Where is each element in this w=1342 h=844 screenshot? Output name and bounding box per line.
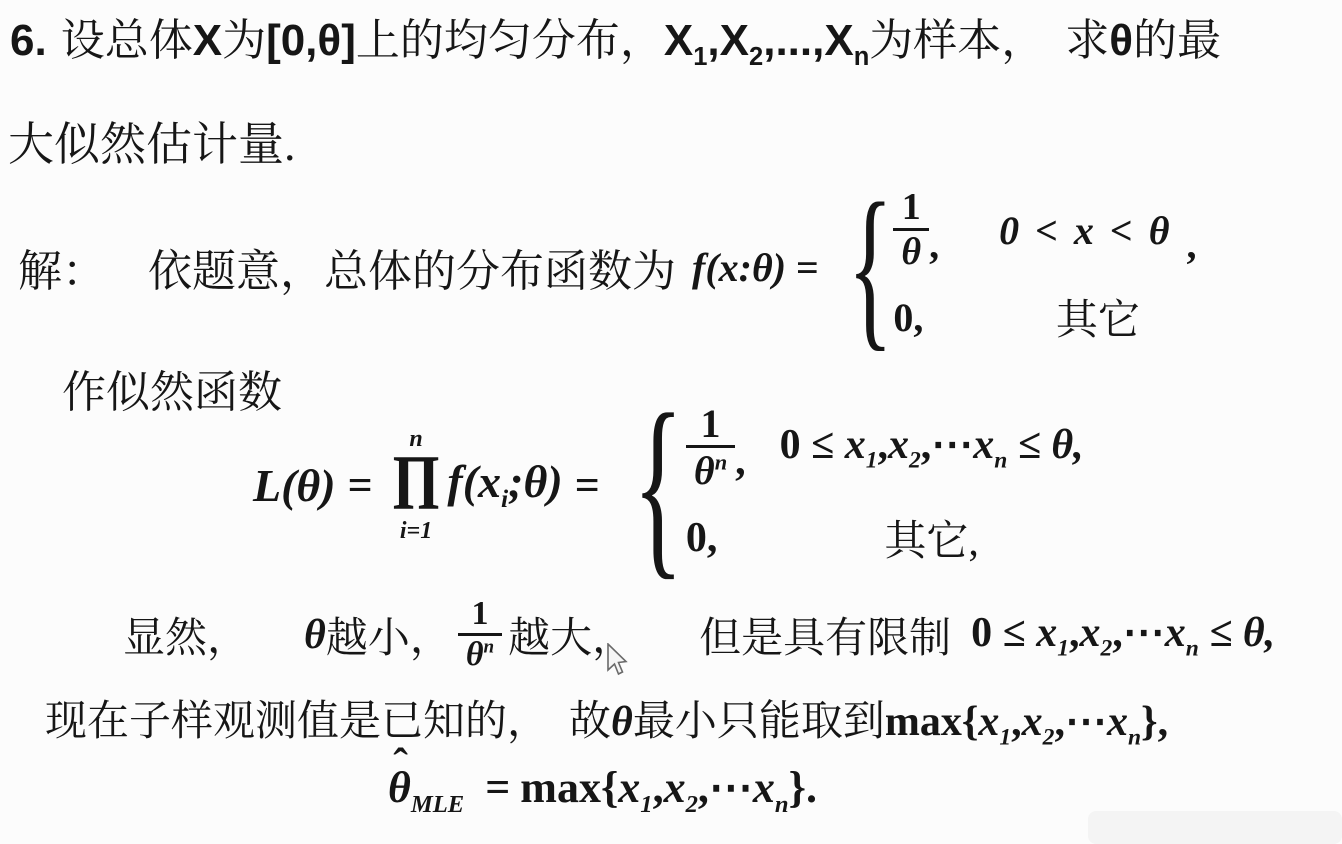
text-run: 上的均匀分布， — [356, 16, 664, 65]
subscript: 1 — [1057, 636, 1069, 662]
equals-sign: = — [348, 460, 373, 511]
subscript: 2 — [1043, 724, 1055, 750]
piecewise: { 1 θn , 0 ≤ x1,x2,⋯xn ≤ θ, 0, 其它, — [612, 389, 1084, 581]
piecewise-brace: { — [633, 384, 684, 586]
sample-X1: X — [664, 16, 693, 65]
max-close: }, — [1141, 699, 1168, 745]
mouse-cursor — [607, 643, 633, 677]
comma: , — [877, 422, 888, 468]
comma: , — [735, 437, 746, 485]
case1-value: 1 θ , — [893, 187, 939, 273]
L-theta: L(θ) — [253, 459, 336, 512]
solution-label: 解： — [18, 235, 106, 299]
theta-symbol: θ — [1109, 16, 1133, 65]
math-x: x — [1165, 610, 1186, 656]
text-run: 最小只能取到 — [633, 699, 885, 745]
exponent-n: n — [715, 450, 727, 475]
math-x: x — [845, 422, 866, 468]
text-run: 越小， — [326, 605, 452, 665]
subscript: 1 — [640, 791, 652, 818]
fraction-1-over-theta-n: 1 θn — [458, 596, 502, 673]
case1-condition: 0 < x < θ , — [999, 207, 1196, 254]
ellipsis: ,..., — [763, 16, 824, 65]
text-run: 现在子样观测值是已知的， — [45, 699, 549, 745]
subscript: 1 — [693, 43, 707, 71]
piecewise-brace: { — [847, 177, 892, 358]
text-run: 故 — [569, 699, 611, 745]
theta: θ — [466, 636, 484, 673]
max-open: max{ — [885, 699, 979, 745]
observation-line: 显然， θ 越小， 1 θn 越大， 但是具有限制 0 ≤ x1,x2,⋯xn … — [123, 585, 1275, 685]
subscript: n — [854, 43, 870, 71]
subscript: 2 — [1100, 636, 1112, 662]
math-x: x — [753, 763, 775, 812]
random-variable-X: X — [193, 16, 222, 65]
math-x: x — [1079, 610, 1100, 656]
text-run: 为 — [222, 16, 266, 65]
case2-value: 0, — [686, 514, 746, 562]
text-run: 求 — [1065, 16, 1109, 65]
denominator: θ — [893, 228, 929, 273]
subscript: n — [1186, 636, 1199, 662]
condition-prefix: 0 ≤ — [971, 610, 1036, 656]
math-x: x — [973, 422, 994, 468]
fraction-1-over-theta: 1 θ — [893, 187, 929, 273]
cdots: ,⋯ — [1054, 699, 1107, 745]
f-close: ;θ) — [508, 456, 563, 507]
text-run: 为样本， — [869, 16, 1045, 65]
comma: , — [707, 16, 719, 65]
product-symbol: n Π i=1 — [393, 427, 440, 543]
mle-result-formula: ˆθMLE =max{x1,x2,⋯xn}. — [388, 762, 817, 819]
pdf-lhs: f(x:θ) — [692, 244, 786, 291]
condition-suffix: ≤ θ, — [1007, 422, 1083, 468]
solution-line-pdf: 解： 依题意，总体的分布函数为 f(x:θ) = { 1 θ , 0 < x <… — [18, 186, 1197, 348]
cdots: ,⋯ — [1112, 610, 1165, 656]
case2-condition: 其它, — [884, 508, 979, 568]
constraint-math: 0 ≤ x1,x2,⋯xn ≤ θ, — [971, 607, 1275, 662]
subscript: 2 — [909, 448, 921, 474]
theta-symbol: θ — [304, 611, 326, 659]
subscript: 1 — [866, 448, 878, 474]
comma: , — [1187, 221, 1197, 268]
subscript-MLE: MLE — [411, 791, 464, 818]
comma: , — [929, 221, 939, 268]
denominator: θn — [686, 445, 735, 492]
equals-sign: = — [796, 244, 819, 291]
equals-sign: = — [575, 460, 600, 511]
comma: , — [1011, 699, 1022, 745]
likelihood-formula: L(θ) = n Π i=1 f(xi;θ) = { 1 θn , 0 ≤ x1… — [253, 394, 1084, 576]
math-x: x — [1036, 610, 1057, 656]
piecewise-cases: 1 θn , 0 ≤ x1,x2,⋯xn ≤ θ, 0, 其它, — [686, 402, 1084, 568]
interval-0-theta: [0,θ] — [266, 16, 356, 65]
subscript: n — [1128, 724, 1141, 750]
text-run: 显然， — [123, 605, 249, 665]
watermark-box — [1088, 811, 1342, 844]
math-x: x — [618, 763, 640, 812]
cdots: ,⋯ — [921, 422, 974, 468]
problem-line-1: 6.设总体X为[0,θ]上的均匀分布，X1,X2,...,Xn为样本，求θ的最 — [10, 4, 1221, 72]
math-x: x — [888, 422, 909, 468]
subscript: 2 — [749, 43, 763, 71]
text-run: 的最 — [1133, 16, 1221, 65]
text-run: 设总体 — [61, 16, 193, 65]
condition-suffix: ≤ θ, — [1199, 610, 1275, 656]
product-pi: Π — [393, 441, 440, 529]
subscript: 2 — [686, 791, 698, 818]
subscript: n — [775, 791, 789, 818]
equals-sign: = — [485, 763, 510, 812]
case1-value: 1 θn , — [686, 402, 746, 492]
case1-condition: 0 ≤ x1,x2,⋯xn ≤ θ, — [780, 419, 1084, 474]
sample-X2: X — [720, 16, 749, 65]
likelihood-label: 作似然函数 — [62, 356, 282, 420]
condition-text: 0 < x < θ — [999, 207, 1172, 254]
max-close: }. — [789, 763, 817, 812]
numerator: 1 — [693, 402, 729, 445]
text-run: 依题意，总体的分布函数为 — [148, 235, 676, 299]
comma: , — [1069, 610, 1080, 656]
fraction-1-over-theta-n: 1 θn — [686, 402, 735, 492]
hat-accent: ˆ — [393, 739, 408, 790]
comma: , — [653, 763, 664, 812]
case2-value: 0, — [893, 294, 939, 341]
theta-hat: ˆθ — [388, 762, 411, 813]
math-x: x — [1022, 699, 1043, 745]
cdots: ,⋯ — [698, 763, 753, 812]
math-x: x — [978, 699, 999, 745]
f-xi-theta: f(xi;θ) — [447, 455, 562, 514]
numerator: 1 — [894, 187, 929, 228]
math-x: x — [1107, 699, 1128, 745]
denominator: θn — [458, 633, 502, 674]
numerator: 1 — [463, 596, 496, 633]
piecewise-cases: 1 θ , 0 < x < θ , 0, 其它 — [893, 187, 1196, 347]
theta: θ — [694, 448, 715, 493]
exponent-n: n — [484, 637, 495, 658]
subscript: 1 — [999, 724, 1011, 750]
theta-symbol: θ — [611, 699, 633, 745]
f-open: f(x — [447, 456, 501, 507]
max-open: max{ — [520, 763, 618, 812]
subscript: n — [994, 448, 1007, 474]
conclusion-line: 现在子样观测值是已知的，故θ最小只能取到max{x1,x2,⋯xn}, — [45, 688, 1168, 751]
pdf-formula: f(x:θ) = { 1 θ , 0 < x < θ , 0, 其它 — [692, 181, 1197, 353]
text-run: 但是具有限制 — [699, 605, 951, 665]
piecewise: { 1 θ , 0 < x < θ , 0, 其它 — [829, 181, 1197, 353]
math-x: x — [664, 763, 686, 812]
condition-prefix: 0 ≤ — [780, 422, 845, 468]
problem-line-2: 大似然估计量. — [8, 108, 296, 174]
case2-condition: 其它 — [1056, 287, 1140, 347]
slide-page: { "colors": { "text": "#161616", "bg": "… — [0, 0, 1342, 844]
sample-Xn: X — [824, 16, 853, 65]
problem-number: 6. — [10, 16, 47, 65]
